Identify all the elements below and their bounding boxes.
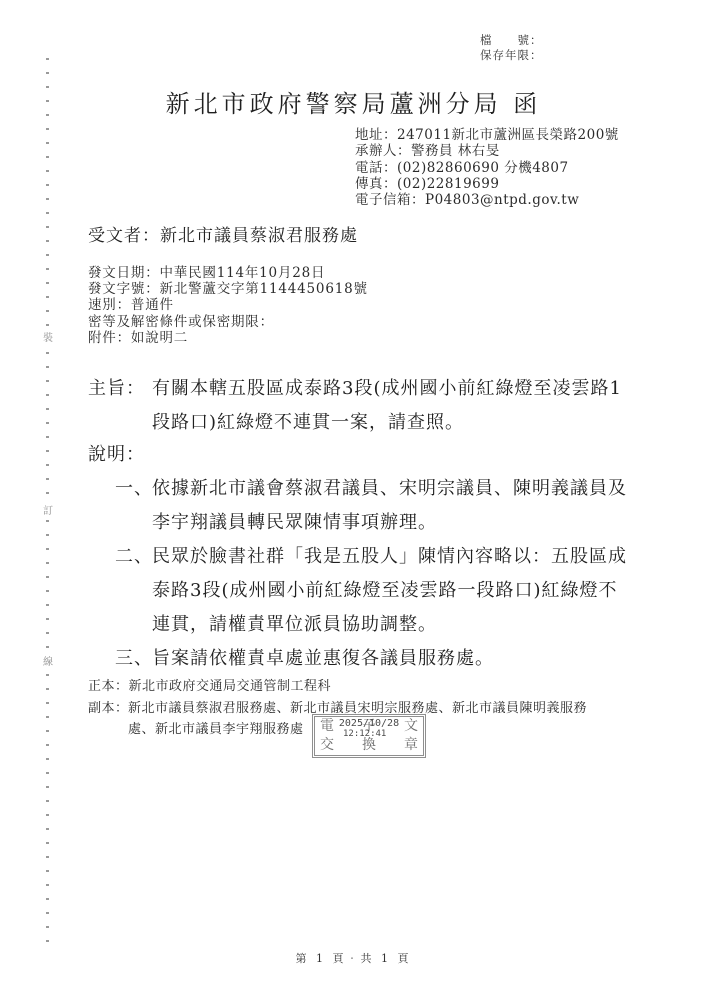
carbon-copy-label: 副本： xyxy=(88,698,129,720)
security-classification: 密等及解密條件或保密期限： xyxy=(88,314,368,330)
stamp-date: 2025/10/28 xyxy=(315,718,423,729)
sender-fax: 傳真：(02)22819699 xyxy=(355,176,619,192)
stamp-inner-border: 電 子 文 交 換 章 2025/10/28 12:12:41 xyxy=(314,716,424,756)
priority-level: 速別：普通件 xyxy=(88,297,368,313)
electronic-exchange-stamp: 電 子 文 交 換 章 2025/10/28 12:12:41 xyxy=(312,714,426,758)
item-number: 三、 xyxy=(115,642,153,676)
page-number-footer: 第 1 頁‧共 1 頁 xyxy=(0,950,707,966)
subject-text: 有關本轄五股區成泰路3段(成州國小前紅綠燈至凌雲路1段路口)紅綠燈不連貫一案，請… xyxy=(88,372,634,440)
document-title: 新北市政府警察局蘆洲分局 函 xyxy=(0,84,707,119)
stamp-time: 12:12:41 xyxy=(315,729,414,739)
item-text: 旨案請依權責卓處並惠復各議員服務處。 xyxy=(152,642,634,676)
sender-email: 電子信箱：P04803@ntpd.gov.tw xyxy=(355,192,619,208)
item-number: 一、 xyxy=(115,472,153,506)
sender-phone: 電話：(02)82860690 分機4807 xyxy=(355,160,619,176)
description-section: 說明： 一、 依據新北市議會蔡淑君議員、宋明宗議員、陳明義議員及李宇翔議員轉民眾… xyxy=(88,438,648,676)
item-text: 民眾於臉書社群「我是五股人」陳情內容略以：五股區成泰路3段(成州國小前紅綠燈至凌… xyxy=(152,540,634,642)
item-text: 依據新北市議會蔡淑君議員、宋明宗議員、陳明義議員及李宇翔議員轉民眾陳情事項辦理。 xyxy=(152,472,634,540)
subject-section: 主旨： 有關本轄五股區成泰路3段(成州國小前紅綠燈至凌雲路1段路口)紅綠燈不連貫… xyxy=(88,372,633,440)
attachment-note: 附件：如說明二 xyxy=(88,330,368,346)
description-label: 說明： xyxy=(88,438,648,472)
file-number-block: 檔 號： 保存年限： xyxy=(480,33,543,63)
official-letter-page: 裝 訂 線 檔 號： 保存年限： 新北市政府警察局蘆洲分局 函 地址：24701… xyxy=(0,0,707,1000)
issue-date: 發文日期：中華民國114年10月28日 xyxy=(88,265,368,281)
item-number: 二、 xyxy=(115,540,153,574)
subject-label: 主旨： xyxy=(88,372,145,406)
binding-dotted-line xyxy=(46,58,49,948)
file-number-label: 檔 號： xyxy=(480,33,543,48)
retention-period-label: 保存年限： xyxy=(480,48,543,63)
binding-mark-2: 訂 xyxy=(41,504,55,520)
binding-mark-1: 裝 xyxy=(41,331,55,347)
description-item: 一、 依據新北市議會蔡淑君議員、宋明宗議員、陳明義議員及李宇翔議員轉民眾陳情事項… xyxy=(88,472,648,540)
sender-address: 地址：247011新北市蘆洲區長榮路200號 xyxy=(355,127,619,143)
original-copy-line: 正本：新北市政府交通局交通管制工程科 xyxy=(88,676,588,698)
sender-contact-person: 承辦人：警務員 林右旻 xyxy=(355,143,619,159)
document-meta-block: 發文日期：中華民國114年10月28日 發文字號：新北警蘆交字第11444506… xyxy=(88,265,368,346)
binding-mark-3: 線 xyxy=(41,655,55,671)
document-number: 發文字號：新北警蘆交字第1144450618號 xyxy=(88,281,368,297)
description-item: 二、 民眾於臉書社群「我是五股人」陳情內容略以：五股區成泰路3段(成州國小前紅綠… xyxy=(88,540,648,642)
description-item: 三、 旨案請依權責卓處並惠復各議員服務處。 xyxy=(88,642,648,676)
recipient-line: 受文者：新北市議員蔡淑君服務處 xyxy=(88,221,358,246)
sender-contact-block: 地址：247011新北市蘆洲區長榮路200號 承辦人：警務員 林右旻 電話：(0… xyxy=(355,127,619,208)
